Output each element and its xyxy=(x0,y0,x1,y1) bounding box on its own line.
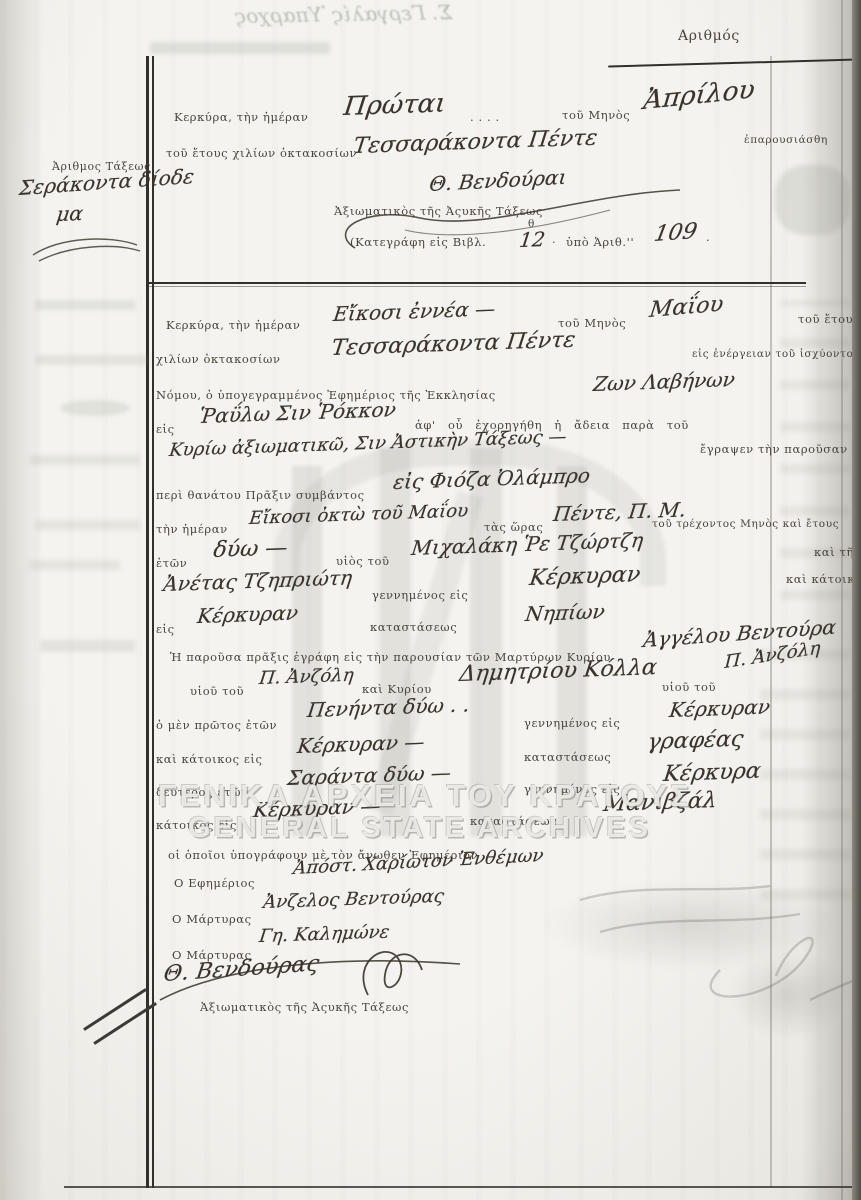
body-l12-son-of-label-2: υἱοῦ τοῦ xyxy=(662,680,716,694)
body-l14-status-label: καταστάσεως xyxy=(524,750,611,764)
body-l13-birthplace-value: Κέρκυραν xyxy=(668,695,772,722)
header-place-day-label: Κερκύρα, τὴν ἡμέραν xyxy=(174,110,308,124)
priest-label: Ο Εφημέριος xyxy=(174,876,255,890)
presented-label: ἐπαρουσιάσθη xyxy=(744,134,828,146)
bleed-smudge xyxy=(60,400,130,416)
header-signature-flourish xyxy=(335,168,695,258)
body-l14-status-value: γραφέας xyxy=(646,727,745,755)
right-edge-shadow xyxy=(852,0,861,1200)
bottom-rule xyxy=(64,1186,858,1188)
body-l7-day-label: τὴν ἡμέραν xyxy=(156,522,228,536)
order-flourish xyxy=(25,225,145,265)
body-l1-year-label: τοῦ ἔτους xyxy=(798,312,860,326)
header-day-value: Πρώται xyxy=(342,88,447,122)
body-l7-current-month-label: τοῦ τρέχοντος Μηνὸς καὶ ἔτους xyxy=(652,518,839,530)
body-l4-eis-label: εἰς xyxy=(156,422,175,436)
order-number-value: Σεράκοντα δίοδε xyxy=(18,164,195,200)
body-l9-birthplace-value: Κέρκυραν xyxy=(528,562,642,591)
header-year-label: τοῦ ἔτους χιλίων ὀκτακοσίων xyxy=(166,146,357,160)
register-dot-2: · xyxy=(706,233,710,247)
bleed-smudge xyxy=(30,560,120,570)
witness1-label: Ο Μάρτυρας xyxy=(172,912,252,926)
header-separator-rule-faint xyxy=(148,286,806,287)
body-l1-day-value: Εἴκοσι ἐννέα — xyxy=(332,296,497,326)
body-l3-church-value: Ζων Λαβήνων xyxy=(592,367,736,396)
left-double-rule-outer xyxy=(146,56,149,1188)
body-l13-born-label: γεννημένος εἰς xyxy=(524,716,620,730)
body-l12-son-of-label-1: υἱοῦ τοῦ xyxy=(190,684,244,698)
header-dots: . . . . xyxy=(470,110,500,124)
witness1-signature: Ἀνζελος Βεντούρας xyxy=(262,886,445,913)
top-bleed-mirror-text: Σ. Γεργαλίς Ὑπαρχος xyxy=(235,0,453,28)
bleed-smudge xyxy=(775,165,850,235)
bleed-smudge xyxy=(35,520,140,530)
body-l2-year-value: Τεσσαράκοντα Πέντε xyxy=(330,328,577,361)
body-l10-eis-label: εἰς xyxy=(156,622,175,636)
watermark-line-english: GENERAL STATE ARCHIVES xyxy=(188,812,651,845)
body-l8-resident-label: καὶ κάτοικος xyxy=(786,572,861,586)
arithmos-label: Αριθμός xyxy=(678,28,740,44)
body-l8-age-value: δύω — xyxy=(212,535,289,563)
officer-title-bottom: Ἀξιωματικὸς τῆς Ἀςυκῆς Τάξεως xyxy=(200,1000,409,1014)
margin-slash-mark xyxy=(83,988,147,1031)
header-year-value: Τεσσαράκοντα Πέντε xyxy=(352,126,599,159)
bleed-smudge xyxy=(150,42,330,54)
arithmos-underline xyxy=(608,59,858,68)
body-l6-death-act-label: περὶ θανάτου Πρᾶξιν συμβάντος xyxy=(156,488,365,502)
bleed-smudge xyxy=(35,300,135,310)
body-l1-month-value: Μαΐου xyxy=(648,292,725,323)
body-l9-born-label: γεννημένος εἰς xyxy=(372,588,468,602)
order-number-value-2: μα xyxy=(55,201,85,226)
body-l10-status-label: καταστάσεως xyxy=(370,620,457,634)
body-l8-age-label: ἐτῶν xyxy=(156,556,187,570)
body-l14-residence-value: Κέρκυραν — xyxy=(296,730,426,758)
body-l10-status-value: Νηπίων xyxy=(524,599,606,626)
watermark-line-greek: ΓΕΝΙΚΑ ΑΡΧΕΙΑ ΤΟΥ ΚΡΑΤΟΥΣ xyxy=(158,778,692,814)
body-l13-first-age-label: ὁ μὲν πρῶτος ἐτῶν xyxy=(156,718,277,732)
left-double-rule-inner xyxy=(152,56,154,1188)
scanned-death-record-page: Σ. Γεργαλίς Ὑπαρχος ΓΕΝΙΚΑ ΑΡΧΕΙΑ ΤΟΥ ΚΡ… xyxy=(0,0,861,1200)
body-l5-wrote-label: ἔγραψεν τὴν παροῦσαν xyxy=(700,442,848,456)
bleed-signature-strokes xyxy=(560,880,860,1020)
header-month-value: Ἀπρίλου xyxy=(642,75,756,116)
bleed-smudge xyxy=(40,640,135,652)
bleed-smudge xyxy=(35,355,150,365)
body-l14-resident-label: καὶ κάτοικος εἰς xyxy=(156,752,263,766)
body-l10-residence-value: Κέρκυραν xyxy=(196,601,300,628)
body-l2-law-label: εἰς ἐνέργειαν τοῦ ἰσχύοντος xyxy=(692,348,860,360)
body-l2-year-prefix-label: χιλίων ὀκτακοσίων xyxy=(156,352,281,366)
body-l1-place-label: Κερκύρα, τὴν ἡμέραν xyxy=(166,318,300,332)
body-l12-father1-value: Π. Ἀνζόλη xyxy=(258,665,355,689)
header-separator-rule xyxy=(148,282,806,284)
bleed-smudge xyxy=(760,640,850,900)
header-month-label: τοῦ Μηνὸς xyxy=(562,108,630,122)
bleed-smudge xyxy=(30,455,140,465)
